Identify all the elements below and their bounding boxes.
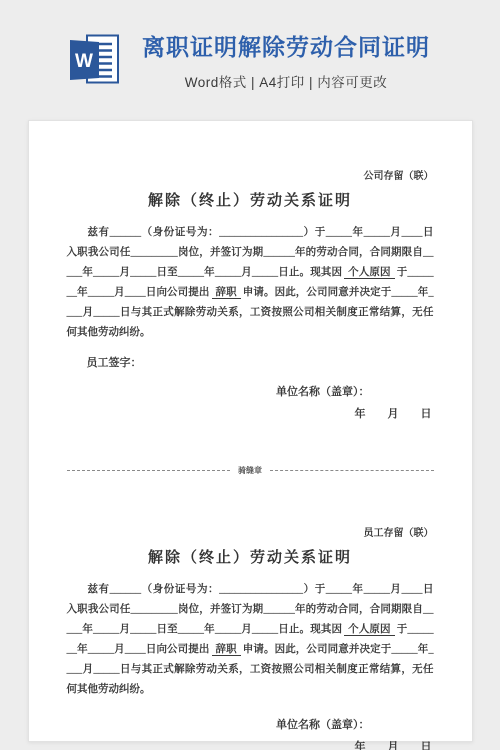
word-icon: W [70, 34, 120, 86]
date-line: 年 月 日 [67, 405, 434, 421]
header-text: 离职证明解除劳动合同证明 Word格式 | A4打印 | 内容可更改 [142, 29, 430, 91]
copy-corner-label: 员工存留（联） [67, 476, 434, 539]
certificate-body: 兹有______（身份证号为：________________）于_____年_… [67, 580, 434, 700]
document-page: 公司存留（联） 解除（终止）劳动关系证明 兹有______（身份证号为：____… [28, 120, 473, 742]
unit-seal-label: 单位名称（盖章）： [67, 383, 434, 399]
riding-seal-label: 骑缝章 [238, 465, 262, 476]
certificate-title: 解除（终止）劳动关系证明 [67, 546, 434, 567]
perforation-dash-left [67, 470, 231, 471]
certificate-title: 解除（终止）劳动关系证明 [67, 189, 434, 210]
header: W 离职证明解除劳动合同证明 Word格式 | A4打印 | 内容可更改 [0, 0, 500, 120]
page-subtitle: Word格式 | A4打印 | 内容可更改 [142, 71, 430, 91]
date-line: 年 月 日 [67, 738, 434, 750]
svg-text:W: W [75, 51, 93, 72]
certificate-copy-employee: 员工存留（联） 解除（终止）劳动关系证明 兹有______（身份证号为：____… [67, 476, 434, 750]
perforation-separator: 骑缝章 [67, 465, 434, 476]
certificate-copy-company: 公司存留（联） 解除（终止）劳动关系证明 兹有______（身份证号为：____… [67, 121, 434, 421]
page-title: 离职证明解除劳动合同证明 [142, 29, 430, 62]
unit-seal-label: 单位名称（盖章）： [67, 716, 434, 732]
copy-corner-label: 公司存留（联） [67, 121, 434, 182]
employee-signature-label: 员工签字： [67, 354, 434, 370]
perforation-dash-right [270, 470, 434, 471]
certificate-body: 兹有______（身份证号为：________________）于_____年_… [67, 223, 434, 343]
